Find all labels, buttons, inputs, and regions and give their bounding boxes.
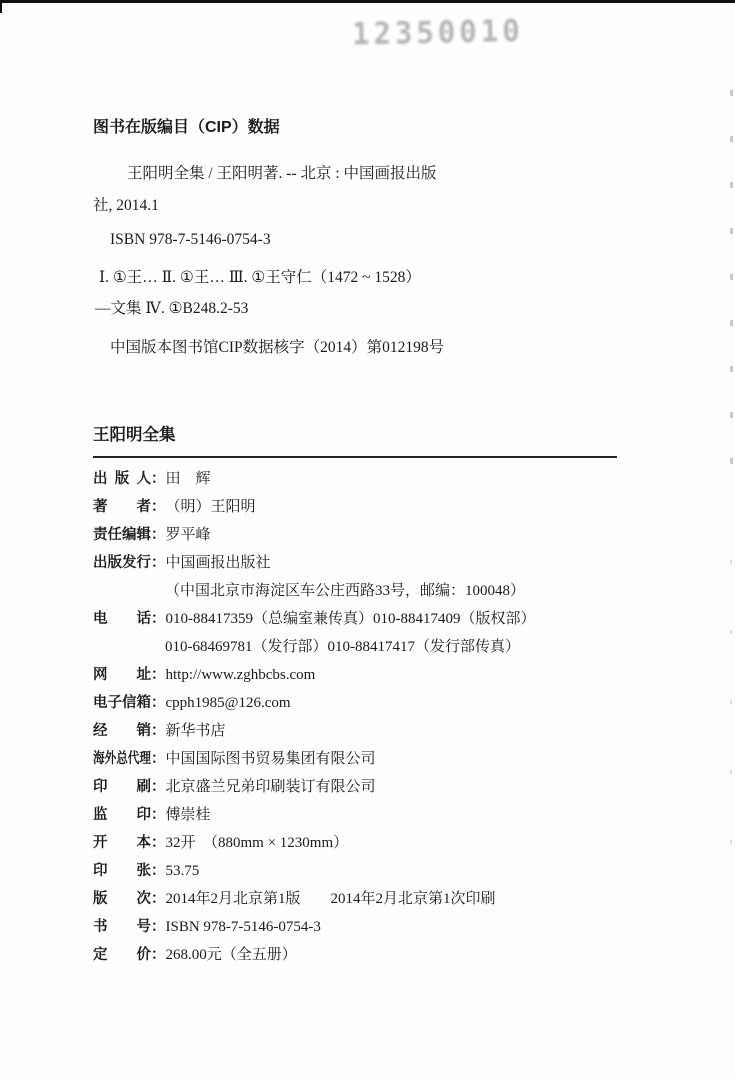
- row-value: http://www.zghbcbs.com: [166, 661, 316, 689]
- row-value: （明）王阳明: [166, 493, 256, 521]
- colophon-row: 书号 ： ISBN 978-7-5146-0754-3: [93, 913, 617, 941]
- row-colon: ：: [151, 941, 166, 969]
- scanned-page: 12350010 图书在版编目（CIP）数据 王阳明全集 / 王阳明著. -- …: [0, 0, 735, 1079]
- library-stamp: 12350010: [352, 12, 524, 51]
- row-value: cpph1985@126.com: [166, 689, 291, 717]
- row-colon: ：: [151, 549, 166, 577]
- row-label: 开本: [93, 829, 151, 857]
- row-label: 版次: [93, 885, 151, 913]
- colophon-row: 版次 ： 2014年2月北京第1版 2014年2月北京第1次印刷: [93, 885, 617, 913]
- row-label: 电话: [93, 605, 151, 633]
- row-colon: ：: [151, 605, 166, 633]
- book-title: 王阳明全集: [93, 424, 617, 446]
- row-value: 中国画报出版社: [166, 549, 271, 577]
- cip-record-number: 中国版本图书馆CIP数据核字（2014）第012198号: [93, 337, 593, 359]
- row-colon: ：: [151, 521, 166, 549]
- row-value: ISBN 978-7-5146-0754-3: [166, 913, 321, 941]
- colophon-row: 网址 ： http://www.zghbcbs.com: [93, 661, 617, 689]
- row-value: 新华书店: [166, 717, 226, 745]
- row-colon: ：: [151, 689, 166, 717]
- cip-entry-line-1: 王阳明全集 / 王阳明著. -- 北京 : 中国画报出版: [93, 163, 593, 185]
- page-bleedthrough-marks: [730, 90, 733, 470]
- row-colon: ：: [151, 829, 166, 857]
- row-label: 著者: [93, 493, 151, 521]
- row-value: 北京盛兰兄弟印刷装订有限公司: [166, 773, 376, 801]
- row-label: 出版发行: [93, 549, 151, 577]
- cip-classification-line-1: Ⅰ. ①王… Ⅱ. ①王… Ⅲ. ①王守仁（1472 ~ 1528）: [93, 267, 593, 289]
- scan-edge-top: [0, 0, 735, 3]
- row-value: 32开 （880mm × 1230mm）: [166, 829, 349, 857]
- colophon-row: 印张 ： 53.75: [93, 857, 617, 885]
- row-label: 书号: [93, 913, 151, 941]
- colophon-row: 监印 ： 傅崇桂: [93, 801, 617, 829]
- row-colon: ：: [151, 773, 166, 801]
- row-value: 010-68469781（发行部）010-88417417（发行部传真）: [165, 633, 520, 661]
- cip-classification-line-2: —文集 Ⅳ. ①B248.2-53: [93, 298, 593, 320]
- row-value: （中国北京市海淀区车公庄西路33号，邮编：100048）: [165, 577, 525, 605]
- row-colon: ：: [151, 717, 166, 745]
- colophon-row: 印刷 ： 北京盛兰兄弟印刷装订有限公司: [93, 773, 617, 801]
- row-label: 电子信箱: [93, 689, 151, 717]
- row-colon: ：: [151, 493, 166, 521]
- cip-header: 图书在版编目（CIP）数据: [93, 117, 593, 139]
- row-colon: ：: [151, 465, 166, 493]
- row-value: 53.75: [166, 857, 200, 885]
- row-label: 经销: [93, 717, 151, 745]
- colophon-row: 责任编辑 ： 罗平峰: [93, 521, 617, 549]
- row-colon: ：: [151, 801, 166, 829]
- row-value: 田 辉: [166, 465, 211, 493]
- title-divider-rule: [93, 456, 617, 458]
- colophon-row: 电话 ： 010-88417359（总编室兼传真）010-88417409（版权…: [93, 605, 617, 633]
- row-value: 268.00元（全五册）: [166, 941, 297, 969]
- row-label: 海外总代理: [93, 745, 139, 773]
- row-value: 罗平峰: [166, 521, 211, 549]
- row-label: 监印: [93, 801, 151, 829]
- row-colon: ：: [151, 661, 166, 689]
- colophon-row: 开本 ： 32开 （880mm × 1230mm）: [93, 829, 617, 857]
- colophon-rows: 出版人 ： 田 辉 著者 ： （明）王阳明 责任编辑 ： 罗平峰 出版发行 ： …: [93, 465, 617, 969]
- cip-isbn: ISBN 978-7-5146-0754-3: [93, 229, 593, 251]
- row-colon: ：: [151, 885, 166, 913]
- colophon-row: 海外总代理 ： 中国国际图书贸易集团有限公司: [93, 745, 617, 773]
- row-label: 印刷: [93, 773, 151, 801]
- colophon-row: 出版人 ： 田 辉: [93, 465, 617, 493]
- row-value: 2014年2月北京第1版 2014年2月北京第1次印刷: [166, 885, 496, 913]
- row-colon: ：: [151, 913, 166, 941]
- colophon-row: 定价 ： 268.00元（全五册）: [93, 941, 617, 969]
- row-value: 中国国际图书贸易集团有限公司: [166, 745, 376, 773]
- row-label: 网址: [93, 661, 151, 689]
- colophon-row: 著者 ： （明）王阳明: [93, 493, 617, 521]
- row-value: 010-88417359（总编室兼传真）010-88417409（版权部）: [166, 605, 536, 633]
- row-label: 责任编辑: [93, 521, 151, 549]
- colophon-row: 电子信箱 ： cpph1985@126.com: [93, 689, 617, 717]
- cip-block: 图书在版编目（CIP）数据 王阳明全集 / 王阳明著. -- 北京 : 中国画报…: [93, 117, 593, 359]
- cip-entry-line-2: 社, 2014.1: [93, 195, 593, 217]
- colophon-row: 出版发行 ： 中国画报出版社: [93, 549, 617, 577]
- scan-edge-corner: [0, 0, 2, 13]
- colophon-row: 010-68469781（发行部）010-88417417（发行部传真）: [93, 633, 617, 661]
- row-colon: ：: [151, 745, 166, 773]
- colophon-row: 经销 ： 新华书店: [93, 717, 617, 745]
- page-bleedthrough-marks-lower: [730, 560, 732, 860]
- row-label: 出版人: [93, 465, 151, 493]
- row-label: 定价: [93, 941, 151, 969]
- colophon-block: 王阳明全集 出版人 ： 田 辉 著者 ： （明）王阳明 责任编辑 ： 罗平峰 出…: [93, 424, 617, 969]
- row-value: 傅崇桂: [166, 801, 211, 829]
- row-colon: ：: [151, 857, 166, 885]
- row-label: 印张: [93, 857, 151, 885]
- colophon-row: （中国北京市海淀区车公庄西路33号，邮编：100048）: [93, 577, 617, 605]
